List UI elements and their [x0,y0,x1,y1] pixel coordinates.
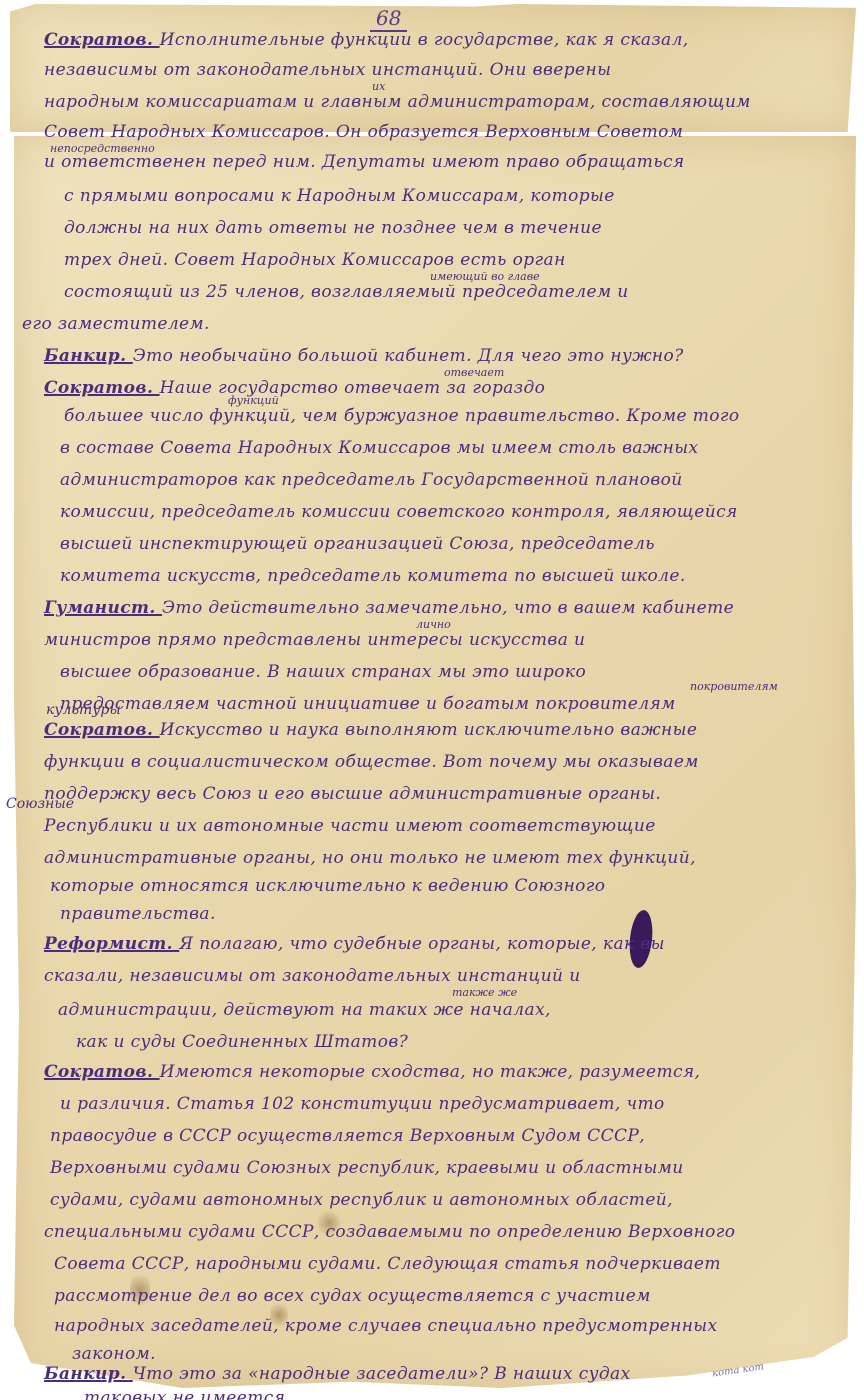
manuscript-line: состоящий из 25 членов, возглавляемый пр… [64,282,629,302]
manuscript-line: сказали, независимы от законодательных и… [44,966,581,986]
manuscript-line: независимы от законодательных инстанций.… [44,60,611,80]
interlinear-insertion: также же [452,986,517,999]
line-text: Совета СССР, народными судами. Следующая… [54,1254,721,1274]
line-text: Верховными судами Союзных республик, кра… [50,1158,684,1178]
manuscript-line: высшее образование. В наших странах мы э… [60,662,586,682]
line-text: с прямыми вопросами к Народным Комиссара… [64,186,615,206]
line-text: Наше государство отвечает за гораздо [160,378,546,398]
manuscript-line: комиссии, председатель комиссии советско… [60,502,738,522]
line-text: функции в социалистическом обществе. Вот… [44,752,699,772]
manuscript-line: как и суды Соединенных Штатов? [76,1032,408,1052]
manuscript-line: Совета СССР, народными судами. Следующая… [54,1254,721,1274]
line-text: правосудие в СССР осуществляется Верховн… [50,1126,645,1146]
manuscript-line: должны на них дать ответы не позднее чем… [64,218,602,238]
line-text: административные органы, но они только н… [44,848,696,868]
interlinear-insertion: покровителям [690,680,778,693]
line-text: судами, судами автономных республик и ав… [50,1190,673,1210]
manuscript-line: с прямыми вопросами к Народным Комиссара… [64,186,615,206]
interlinear-insertion: функций [228,394,279,407]
line-text: в составе Совета Народных Комиссаров мы … [60,438,699,458]
manuscript-line: его заместителем. [22,314,210,334]
line-text: должны на них дать ответы не позднее чем… [64,218,602,238]
manuscript-line: правительства. [60,904,216,924]
manuscript-line: рассмотрение дел во всех судах осуществл… [54,1286,651,1306]
line-text: независимы от законодательных инстанций.… [44,60,611,80]
speaker-name: Реформист. [44,934,179,954]
manuscript-line: Республики и их автономные части имеют с… [44,816,656,836]
manuscript-line: Сократов. Искусство и наука выполняют ис… [44,720,697,740]
speaker-name: Банкир. [44,1364,133,1384]
line-text: состоящий из 25 членов, возглавляемый пр… [64,282,629,302]
line-text: комиссии, председатель комиссии советско… [60,502,738,522]
handwritten-text: Сократов. Исполнительные функции в госуд… [0,0,864,1400]
speaker-name: Банкир. [44,346,133,366]
line-text: законом. [72,1344,156,1364]
manuscript-line: администрации, действуют на таких же нач… [58,1000,551,1020]
line-text: администраторов как председатель Государ… [60,470,683,490]
line-text: Это необычайно большой кабинет. Для чего… [133,346,684,366]
line-text: трех дней. Совет Народных Комиссаров ест… [64,250,566,270]
line-text: поддержку весь Союз и его высшие админис… [44,784,661,804]
line-text: Что это за «народные заседатели»? В наши… [133,1364,631,1384]
line-text: и различия. Статья 102 конституции преду… [60,1094,665,1114]
manuscript-line: Сократов. Наше государство отвечает за г… [44,378,545,398]
line-text: таковых не имеется. [84,1388,291,1400]
manuscript-line: законом. [72,1344,156,1364]
manuscript-line: комитета искусств, председатель комитета… [60,566,686,586]
interlinear-insertion: их [372,80,385,93]
manuscript-line: правосудие в СССР осуществляется Верховн… [50,1126,645,1146]
manuscript-line: большее число функций, чем буржуазное пр… [64,406,740,426]
manuscript-line: специальными судами СССР, создаваемыми п… [44,1222,735,1242]
margin-note: культуры [46,702,121,718]
manuscript-line: и различия. Статья 102 конституции преду… [60,1094,665,1114]
line-text: Это действительно замечательно, что в ва… [162,598,734,618]
line-text: народных заседателей, кроме случаев спец… [54,1316,718,1336]
manuscript-line: в составе Совета Народных Комиссаров мы … [60,438,699,458]
manuscript-line: административные органы, но они только н… [44,848,696,868]
line-text: администрации, действуют на таких же нач… [58,1000,551,1020]
speaker-name: Сократов. [44,30,160,50]
manuscript-line: и ответственен перед ним. Депутаты имеют… [44,152,685,172]
line-text: сказали, независимы от законодательных и… [44,966,581,986]
manuscript-line: Сократов. Исполнительные функции в госуд… [44,30,689,50]
manuscript-line: министров прямо представлены интересы ис… [44,630,585,650]
line-text: высшей инспектирующей организацией Союза… [60,534,655,554]
line-text: Я полагаю, что судебные органы, которые,… [179,934,665,954]
manuscript-line: народным комиссариатам и главным админис… [44,92,751,112]
manuscript-line: поддержку весь Союз и его высшие админис… [44,784,661,804]
line-text: рассмотрение дел во всех судах осуществл… [54,1286,651,1306]
line-text: его заместителем. [22,314,210,334]
line-text: Имеются некоторые сходства, но также, ра… [160,1062,701,1082]
line-text: Республики и их автономные части имеют с… [44,816,656,836]
interlinear-insertion: имеющий во главе [430,270,540,283]
speaker-name: Гуманист. [44,598,162,618]
line-text: Искусство и наука выполняют исключительн… [160,720,698,740]
manuscript-line: Совет Народных Комиссаров. Он образуется… [44,122,683,142]
line-text: высшее образование. В наших странах мы э… [60,662,586,682]
manuscript-line: таковых не имеется. [84,1388,291,1400]
interlinear-insertion: непосредственно [50,142,155,155]
line-text: Исполнительные функции в государстве, ка… [160,30,689,50]
line-text: специальными судами СССР, создаваемыми п… [44,1222,735,1242]
manuscript-line: которые относятся исключительно к ведени… [50,876,605,896]
interlinear-insertion: отвечает [444,366,504,379]
line-text: большее число функций, чем буржуазное пр… [64,406,740,426]
manuscript-line: Верховными судами Союзных республик, кра… [50,1158,684,1178]
manuscript-line: судами, судами автономных республик и ав… [50,1190,673,1210]
manuscript-line: трех дней. Совет Народных Комиссаров ест… [64,250,566,270]
manuscript-line: функции в социалистическом обществе. Вот… [44,752,699,772]
manuscript-line: Гуманист. Это действительно замечательно… [44,598,734,618]
manuscript-line: Реформист. Я полагаю, что судебные орган… [44,934,665,954]
manuscript-line: администраторов как председатель Государ… [60,470,683,490]
line-text: народным комиссариатам и главным админис… [44,92,751,112]
line-text: комитета искусств, председатель комитета… [60,566,686,586]
margin-note: Союзные [6,796,74,812]
line-text: правительства. [60,904,216,924]
speaker-name: Сократов. [44,1062,160,1082]
interlinear-insertion: лично [416,618,451,631]
manuscript-line: Сократов. Имеются некоторые сходства, но… [44,1062,700,1082]
speaker-name: Сократов. [44,378,160,398]
speaker-name: Сократов. [44,720,160,740]
line-text: предоставляем частной инициативе и богат… [60,694,676,714]
manuscript-line: Банкир. Что это за «народные заседатели»… [44,1364,631,1384]
line-text: как и суды Соединенных Штатов? [76,1032,408,1052]
manuscript-line: народных заседателей, кроме случаев спец… [54,1316,718,1336]
line-text: Совет Народных Комиссаров. Он образуется… [44,122,683,142]
manuscript-line: высшей инспектирующей организацией Союза… [60,534,655,554]
line-text: и ответственен перед ним. Депутаты имеют… [44,152,685,172]
manuscript-line: предоставляем частной инициативе и богат… [60,694,676,714]
line-text: которые относятся исключительно к ведени… [50,876,605,896]
manuscript-line: Банкир. Это необычайно большой кабинет. … [44,346,684,366]
line-text: министров прямо представлены интересы ис… [44,630,585,650]
